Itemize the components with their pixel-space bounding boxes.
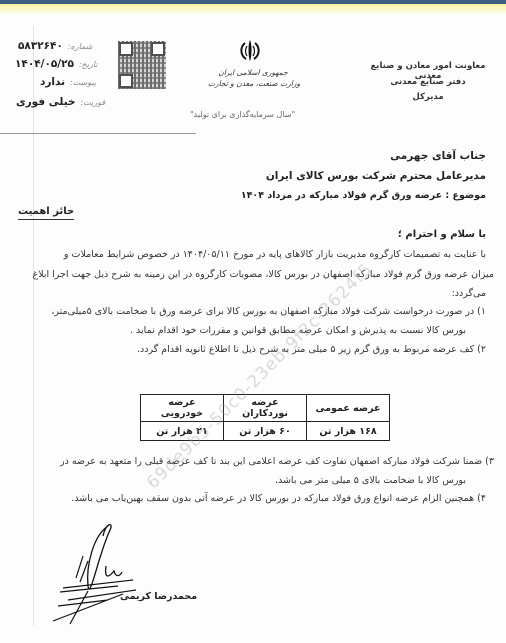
item1-line1: ۱) در صورت درخواست شرکت فولاد مبارکه اصف… (51, 306, 486, 317)
letter-number: شماره:۵۸۳۲۶۴۰ (18, 40, 92, 52)
attachment-label: پیوست: (70, 78, 96, 87)
letter-urgency: فوریت:خیلی فوری (16, 96, 105, 108)
offer-value-rollers: ۶۰ هزار تن (224, 422, 307, 441)
item3-line1: ۳) ضمنا شرکت فولاد مبارکه اصفهان تفاوت ک… (60, 456, 494, 467)
item3-line2: بورس کالا با ضخامت بالای ۵ میلی متر می ب… (275, 475, 466, 486)
offer-header-general: عرضه عمومی (307, 395, 390, 422)
date-label: تاریخ: (79, 60, 98, 69)
greeting: با سلام و احترام ؛ (398, 229, 486, 240)
signature-icon (48, 516, 158, 626)
emblem-line2: وزارت صنعت، معدن و تجارت (202, 79, 306, 88)
offer-table-value-row: ۱۶۸ هزار تن ۶۰ هزار تن ۲۱ هزار تن (141, 422, 390, 441)
header-divider (0, 133, 196, 134)
attachment-value: ندارد (40, 76, 65, 88)
number-label: شماره: (68, 42, 93, 51)
date-value: ۱۴۰۴/۰۵/۲۵ (15, 58, 74, 70)
letter-attachment: پیوست:ندارد (40, 76, 96, 88)
scan-margin-line (33, 26, 34, 626)
sender-office: دفتر صنایع معدنی (378, 77, 478, 87)
top-glow (0, 4, 506, 16)
urgency-label: فوریت: (81, 98, 106, 107)
qr-code-icon (118, 41, 166, 89)
letter-page: شماره:۵۸۳۲۶۴۰ تاریخ:۱۴۰۴/۰۵/۲۵ پیوست:ندا… (0, 16, 506, 643)
offer-table-header-row: عرضه عمومی عرضه نوردکاران عرضه خودرویی (141, 395, 390, 422)
sender-title: مدیرکل (398, 92, 458, 102)
importance-label: حائز اهمیت (18, 206, 74, 220)
item4-line1: ۴) همچنین الزام عرضه انواع ورق فولاد مبا… (71, 493, 486, 504)
emblem-line1: جمهوری اسلامی ایران (208, 68, 298, 77)
recipient-name: جناب آقای جهرمی (390, 150, 486, 162)
intro-line3: می‌گردد: (452, 288, 486, 299)
letter-date: تاریخ:۱۴۰۴/۰۵/۲۵ (15, 58, 98, 70)
intro-line2: میزان عرضه ورق گرم فولاد مبارکه اصفهان د… (33, 269, 494, 280)
offer-table: عرضه عمومی عرضه نوردکاران عرضه خودرویی ۱… (140, 394, 390, 441)
signatory-name: محمدرضا کریمی (120, 591, 197, 602)
slogan: "سال سرمایه‌گذاری برای تولید" (190, 110, 295, 119)
recipient-title: مدیرعامل محترم شرکت بورس کالای ایران (266, 170, 486, 182)
urgency-value: خیلی فوری (16, 96, 76, 108)
item2-line1: ۲) کف عرضه مربوط به ورق گرم زیر ۵ میلی م… (137, 344, 486, 355)
offer-value-general: ۱۶۸ هزار تن (307, 422, 390, 441)
letter-subject: موضوع : عرضه ورق گرم فولاد مبارکه در مرد… (241, 190, 486, 201)
iran-emblem-icon (237, 38, 263, 64)
number-value: ۵۸۳۲۶۴۰ (18, 40, 63, 52)
intro-line1: با عنایت به تصمیمات کارگروه مدیریت بازار… (64, 249, 486, 260)
